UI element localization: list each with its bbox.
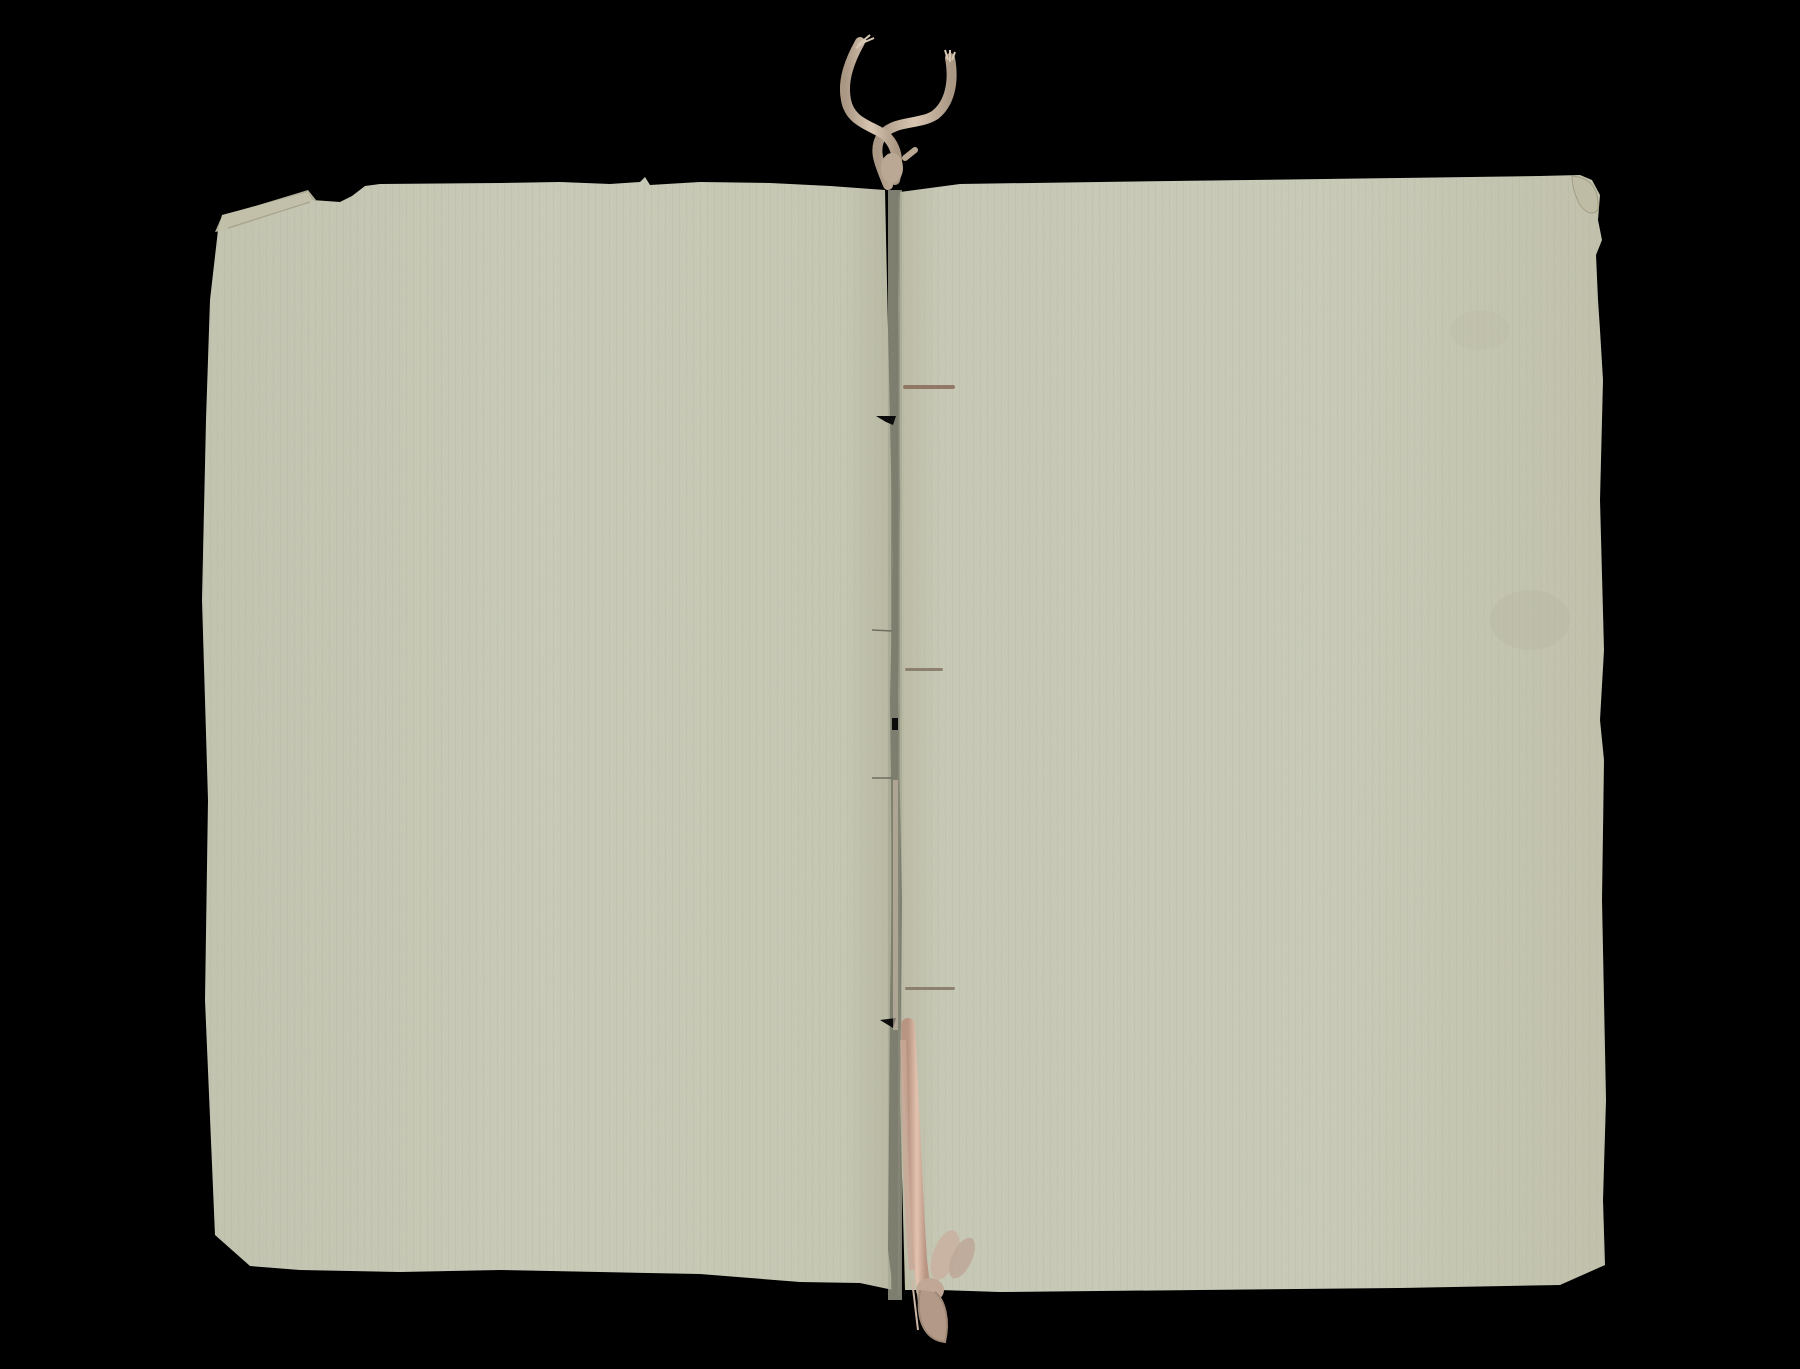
ribbon-tail xyxy=(919,1290,947,1342)
cord-knot xyxy=(881,153,903,183)
spine-area: Open blank bound manuscript booklet with… xyxy=(885,190,910,1300)
left-page-area: Left page (blank) xyxy=(205,185,895,1285)
annotation-layer: Left page (blank) Right page (blank) Ope… xyxy=(0,0,1800,1369)
right-page-area: Right page (blank) xyxy=(900,180,1610,1290)
photo-stage: Left page (blank) Right page (blank) Ope… xyxy=(0,0,1800,1369)
top-cord xyxy=(845,35,955,185)
